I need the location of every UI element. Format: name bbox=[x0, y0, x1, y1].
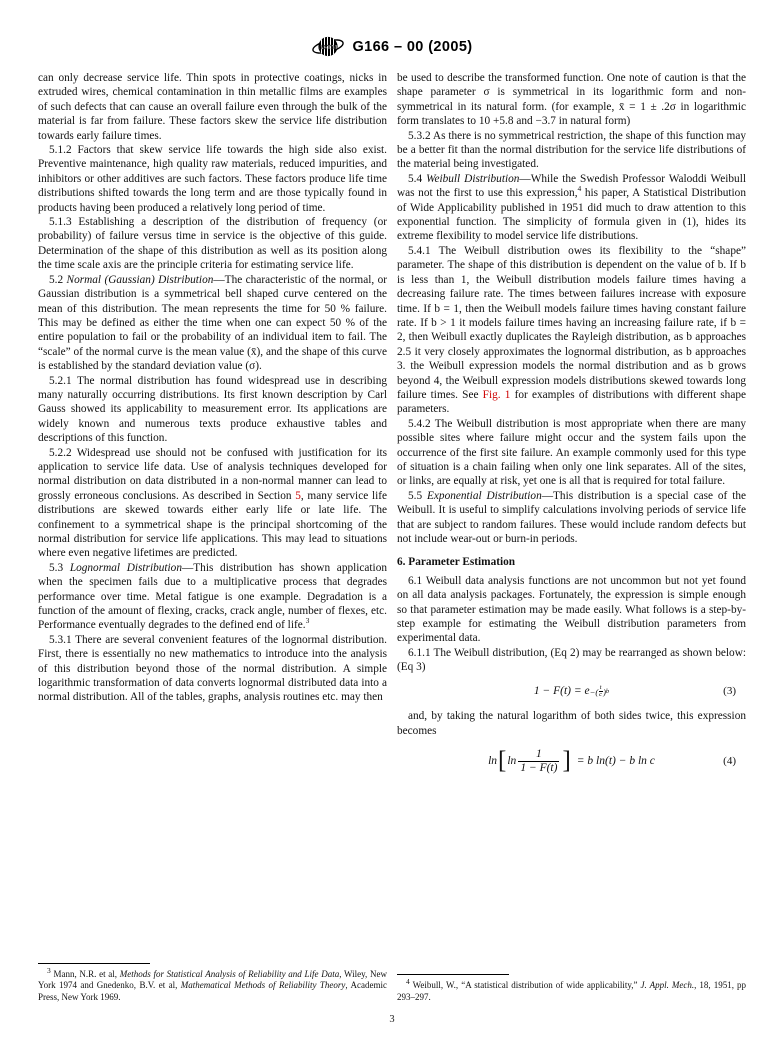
eq4-frac-num: 1 bbox=[536, 748, 542, 761]
eq3-fraction: tc bbox=[599, 685, 603, 700]
fig-1-link[interactable]: Fig. 1 bbox=[483, 389, 511, 401]
equation-3: 1 − F(t) = e−(tc)b (3) bbox=[405, 685, 738, 700]
footnote-divider bbox=[397, 974, 509, 975]
text-run: 5.1.3 Establishing a description of the … bbox=[38, 216, 387, 271]
text-run: 5.5 bbox=[408, 490, 427, 502]
text-run: Weibull, W., “A statistical distribution… bbox=[410, 980, 641, 990]
eq3-frac-num: t bbox=[600, 685, 602, 692]
text-run: —The characteristic of the normal, or Ga… bbox=[38, 274, 387, 372]
footnote-marker: 3 bbox=[306, 617, 310, 626]
text-run: Normal (Gaussian) Distribution bbox=[67, 274, 214, 286]
paragraph: 5.4.2 The Weibull distribution is most a… bbox=[397, 417, 746, 489]
paragraph: 5.1.3 Establishing a description of the … bbox=[38, 215, 387, 273]
eq3-exp-open: −( bbox=[590, 687, 599, 697]
footnote-block-left: 3 Mann, N.R. et al, Methods for Statisti… bbox=[38, 955, 387, 1004]
document-code: G166 – 00 (2005) bbox=[352, 39, 472, 55]
eq4-fraction: 11 − F(t) bbox=[518, 748, 559, 775]
eq3-lhs: 1 − F(t) = e bbox=[534, 685, 590, 699]
text-run: Weibull Distribution bbox=[426, 173, 519, 185]
paragraph: 5.2.1 The normal distribution has found … bbox=[38, 374, 387, 446]
paragraph: 5.4.1 The Weibull distribution owes its … bbox=[397, 244, 746, 417]
document-page: ASTM G166 – 00 (2005) can only decrease … bbox=[0, 0, 778, 1041]
text-run: and, by taking the natural logarithm of … bbox=[397, 710, 746, 736]
footnote-4: 4 Weibull, W., “A statistical distributi… bbox=[397, 980, 746, 1004]
text-run: J. Appl. Mech. bbox=[641, 980, 695, 990]
text-run: 5.4.2 The Weibull distribution is most a… bbox=[397, 418, 746, 488]
right-column-text-c: and, by taking the natural logarithm of … bbox=[397, 709, 746, 738]
footnote-divider bbox=[38, 963, 150, 964]
paragraph: 6.1 Weibull data analysis functions are … bbox=[397, 574, 746, 646]
text-run: Exponential Distribution bbox=[427, 490, 542, 502]
text-run: 6.1 Weibull data analysis functions are … bbox=[397, 575, 746, 645]
text-run: Methods for Statistical Analysis of Reli… bbox=[120, 969, 339, 979]
paragraph: 5.3.2 As there is no symmetrical restric… bbox=[397, 129, 746, 172]
section-6-heading: 6. Parameter Estimation bbox=[397, 555, 746, 569]
text-run: 5.3 bbox=[49, 562, 70, 574]
text-run: 5.4.1 The Weibull distribution owes its … bbox=[397, 245, 746, 401]
text-run: 5.3.2 As there is no symmetrical restric… bbox=[397, 130, 746, 171]
two-column-body: can only decrease service life. Thin spo… bbox=[38, 71, 746, 1004]
text-run: 6.1.1 The Weibull distribution, (Eq 2) m… bbox=[397, 647, 746, 673]
right-column: be used to describe the transformed func… bbox=[397, 71, 746, 1004]
eq3-frac-den: c bbox=[599, 691, 603, 699]
text-run: Mann, N.R. et al, bbox=[51, 969, 120, 979]
eq4-outer-ln: ln bbox=[488, 755, 497, 769]
paragraph: 5.4 Weibull Distribution—While the Swedi… bbox=[397, 172, 746, 244]
page-header: ASTM G166 – 00 (2005) bbox=[38, 34, 746, 59]
footnote-block-right: 4 Weibull, W., “A statistical distributi… bbox=[397, 966, 746, 1004]
left-column-text: can only decrease service life. Thin spo… bbox=[38, 71, 387, 705]
paragraph: be used to describe the transformed func… bbox=[397, 71, 746, 129]
eq3-exponent: −(tc)b bbox=[590, 685, 610, 700]
eq3-power: b bbox=[606, 688, 609, 696]
eq4-number: (4) bbox=[723, 755, 736, 768]
text-run: 5.2 bbox=[49, 274, 67, 286]
text-run: 5.2.1 The normal distribution has found … bbox=[38, 375, 387, 445]
astm-logo-icon: ASTM bbox=[311, 34, 345, 59]
text-run: 5.4 bbox=[408, 173, 426, 185]
text-run: 5.3.1 There are several convenient featu… bbox=[38, 634, 387, 704]
svg-text:ASTM: ASTM bbox=[319, 44, 338, 51]
text-run: Lognormal Distribution bbox=[70, 562, 182, 574]
eq4-rhs: = b ln(t) − b ln c bbox=[577, 755, 655, 769]
eq3-number: (3) bbox=[723, 685, 736, 698]
paragraph: 5.2 Normal (Gaussian) Distribution—The c… bbox=[38, 273, 387, 374]
right-column-text-a: be used to describe the transformed func… bbox=[397, 71, 746, 546]
text-run: Mathematical Methods of Reliability Theo… bbox=[181, 980, 346, 990]
eq4-frac-den: 1 − F(t) bbox=[518, 761, 559, 775]
paragraph: can only decrease service life. Thin spo… bbox=[38, 71, 387, 143]
paragraph: 5.3 Lognormal Distribution—This distribu… bbox=[38, 561, 387, 633]
paragraph: 5.5 Exponential Distribution—This distri… bbox=[397, 489, 746, 547]
right-column-text-b: 6.1 Weibull data analysis functions are … bbox=[397, 574, 746, 675]
left-column: can only decrease service life. Thin spo… bbox=[38, 71, 387, 1004]
text-run: can only decrease service life. Thin spo… bbox=[38, 72, 387, 142]
paragraph: 5.2.2 Widespread use should not be confu… bbox=[38, 446, 387, 561]
eq4-inner-ln: ln bbox=[507, 755, 516, 769]
paragraph: 6.1.1 The Weibull distribution, (Eq 2) m… bbox=[397, 646, 746, 675]
paragraph: 5.1.2 Factors that skew service life tow… bbox=[38, 143, 387, 215]
page-number: 3 bbox=[38, 1004, 746, 1025]
footnote-3: 3 Mann, N.R. et al, Methods for Statisti… bbox=[38, 969, 387, 1004]
text-run: 5.1.2 Factors that skew service life tow… bbox=[38, 144, 387, 214]
text-run: be used to describe the transformed func… bbox=[397, 72, 746, 127]
paragraph: 5.3.1 There are several convenient featu… bbox=[38, 633, 387, 705]
equation-4: ln [ ln11 − F(t) ] = b ln(t) − b ln c (4… bbox=[405, 748, 738, 775]
paragraph: and, by taking the natural logarithm of … bbox=[397, 709, 746, 738]
